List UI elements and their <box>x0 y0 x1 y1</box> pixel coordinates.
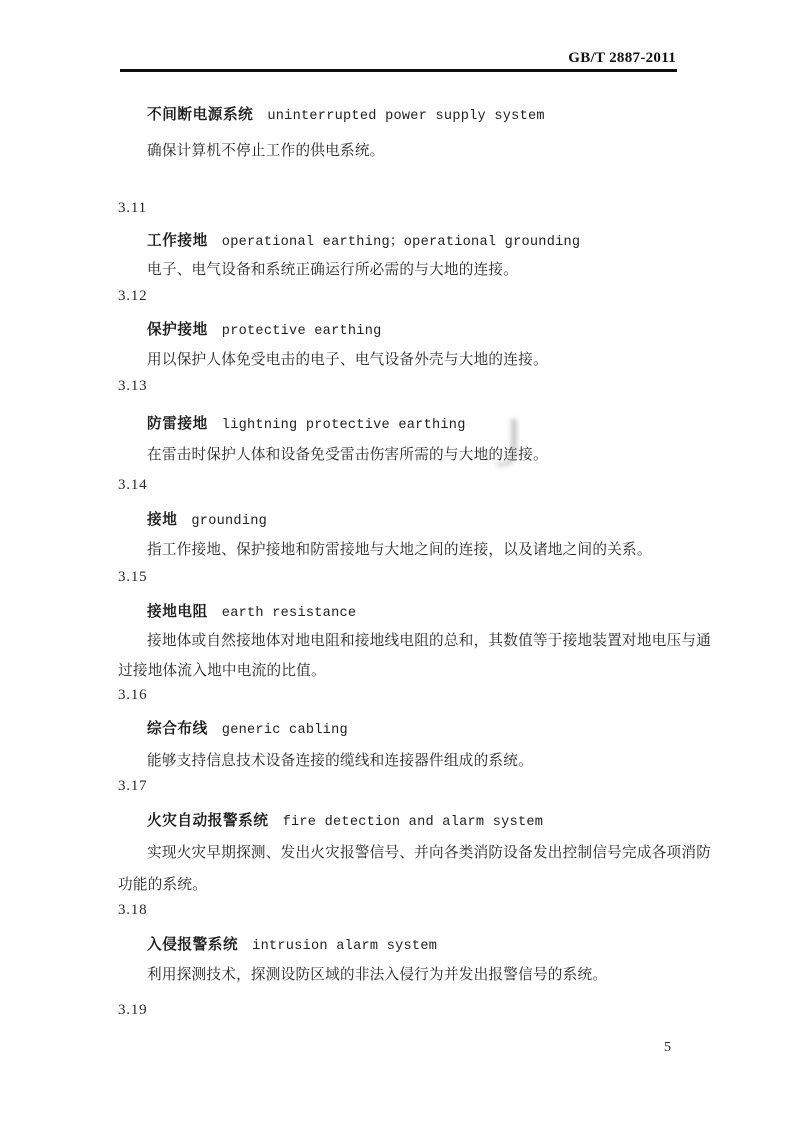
document-page: GB/T 2887-2011 不间断电源系统uninterrupted powe… <box>0 0 793 1122</box>
term-line: 综合布线generic cabling <box>147 717 348 738</box>
term-line: 防雷接地lightning protective earthing <box>147 412 466 433</box>
term-line: 火灾自动报警系统fire detection and alarm system <box>147 809 543 830</box>
term-line: 接地电阻earth resistance <box>147 600 356 621</box>
definition-line: 电子、电气设备和系统正确运行所必需的与大地的连接。 <box>147 258 518 279</box>
section-number: 3.17 <box>118 778 147 795</box>
term-cn: 不间断电源系统 <box>147 107 253 123</box>
page-number: 5 <box>664 1040 671 1056</box>
term-line: 接地grounding <box>147 508 267 529</box>
term-en: grounding <box>191 514 267 529</box>
term-en: intrusion alarm system <box>252 939 437 954</box>
definition-line: 用以保护人体免受电击的电子、电气设备外壳与大地的连接。 <box>147 348 548 369</box>
term-cn: 工作接地 <box>147 233 208 249</box>
term-en: fire detection and alarm system <box>283 815 544 830</box>
term-cn: 综合布线 <box>147 721 208 737</box>
term-line: 不间断电源系统uninterrupted power supply system <box>147 103 545 124</box>
term-line: 保护接地protective earthing <box>147 318 382 339</box>
definition-line: 确保计算机不停止工作的供电系统。 <box>147 139 385 160</box>
term-cn: 保护接地 <box>147 322 208 338</box>
section-number: 3.14 <box>118 477 147 494</box>
definition-line: 功能的系统。 <box>118 873 207 894</box>
term-en: lightning protective earthing <box>222 418 466 433</box>
section-number: 3.18 <box>118 902 147 919</box>
section-number: 3.12 <box>118 288 147 305</box>
definition-line: 实现火灾早期探测、发出火灾报警信号、并向各类消防设备发出控制信号完成各项消防 <box>147 841 711 862</box>
scan-artifact <box>497 419 517 467</box>
section-number: 3.15 <box>118 569 147 586</box>
definition-line: 过接地体流入地中电流的比值。 <box>118 659 326 680</box>
term-cn: 火灾自动报警系统 <box>147 813 269 829</box>
term-cn: 防雷接地 <box>147 416 208 432</box>
section-number: 3.19 <box>118 1002 147 1019</box>
term-en: operational earthing；operational groundi… <box>222 235 581 250</box>
term-en: earth resistance <box>222 606 357 621</box>
term-cn: 接地 <box>147 512 177 528</box>
section-number: 3.13 <box>118 378 147 395</box>
term-en: generic cabling <box>222 723 348 738</box>
definition-line: 接地体或自然接地体对地电阻和接地线电阻的总和，其数值等于接地装置对地电压与通 <box>147 629 711 650</box>
definition-line: 能够支持信息技术设备连接的缆线和连接器件组成的系统。 <box>147 749 533 770</box>
term-en: protective earthing <box>222 324 382 339</box>
standard-code: GB/T 2887-2011 <box>568 50 676 67</box>
term-cn: 入侵报警系统 <box>147 937 238 953</box>
definition-line: 指工作接地、保护接地和防雷接地与大地之间的连接，以及诸地之间的关系。 <box>147 538 652 559</box>
definition-line: 利用探测技术，探测设防区域的非法入侵行为并发出报警信号的系统。 <box>147 963 607 984</box>
term-line: 工作接地operational earthing；operational gro… <box>147 229 580 250</box>
section-number: 3.11 <box>118 200 147 217</box>
header-rule <box>120 69 677 72</box>
term-en: uninterrupted power supply system <box>267 109 544 124</box>
term-cn: 接地电阻 <box>147 604 208 620</box>
term-line: 入侵报警系统intrusion alarm system <box>147 933 437 954</box>
section-number: 3.16 <box>118 687 147 704</box>
definition-line: 在雷击时保护人体和设备免受雷击伤害所需的与大地的连接。 <box>147 443 548 464</box>
